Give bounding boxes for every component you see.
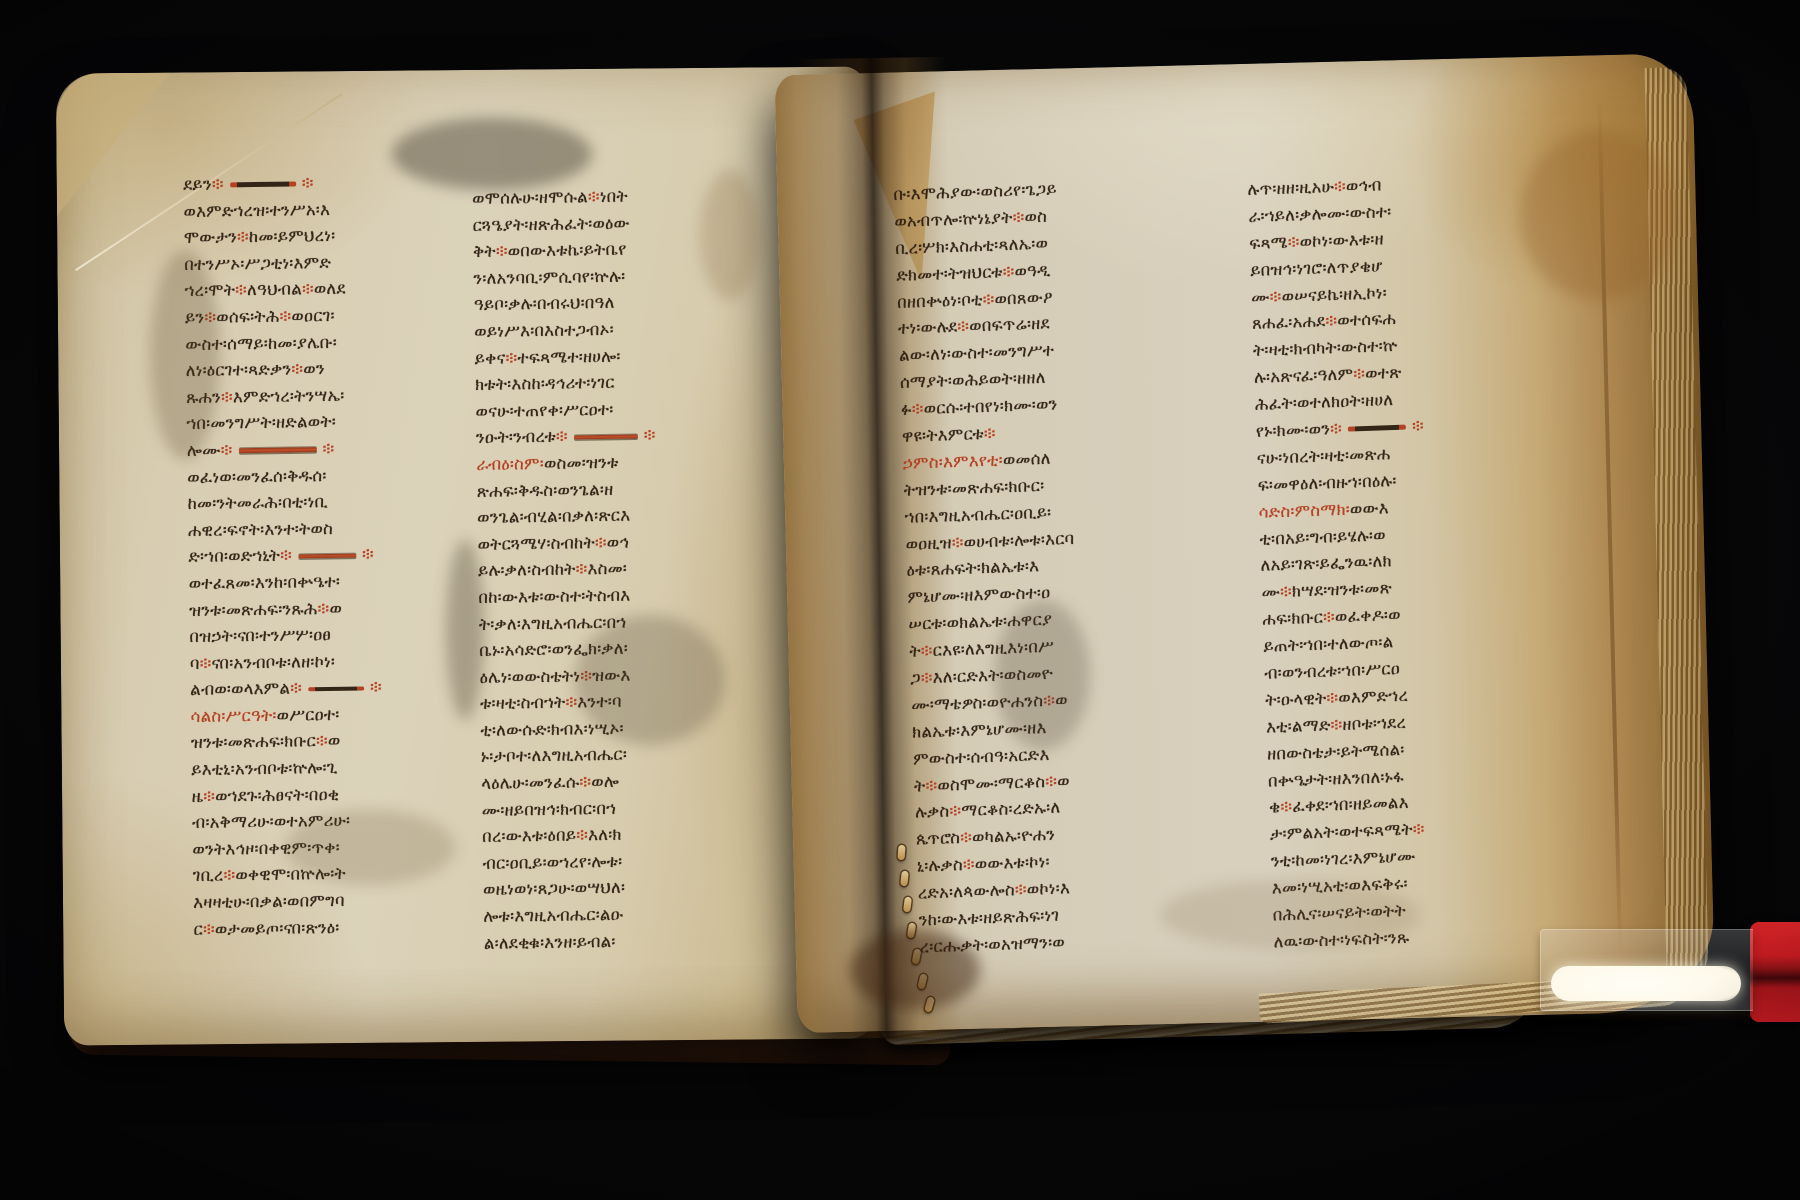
manuscript-text-line: ኀረ፡ሞት፨ለዓህብል፨ወለደ bbox=[184, 274, 476, 305]
manuscript-text-line: ኀበ፡መንግሥት፡ዘድልወት፡ bbox=[186, 407, 478, 438]
text-column-right-2: ሉጥ፡ዘዘ፡ዚአሁ፨ወኅብራ፡ኀይለ፡ቃሎሙ፡ውስተ፡ፍጻሜ፨ወኮነ፡ውእቱ፡ዘ… bbox=[1247, 167, 1570, 957]
manuscript-photo: ደይን፨፨ወእምድኀረዝ፡ተንሥአ፡እሞውታን፨ከመ፡ይምህረነ፡በተንሥኦ፡ሥ… bbox=[0, 0, 1800, 1200]
manuscript-text-line: ወተፈጸመ፡እንከ፡በቍዔተ፡ bbox=[189, 567, 481, 598]
manuscript-text-line: ሎሙ፨፨ bbox=[187, 434, 479, 465]
manuscript-text-line: ር፨ወታመይጦ፡ናበ፡ጽንዕ፡ bbox=[193, 912, 485, 943]
page-holder-red-handle bbox=[1750, 922, 1800, 1022]
manuscript-text-line: ድ፡ኀበ፡ወድኀኒት፨፨ bbox=[188, 540, 480, 571]
manuscript-text-line: ዜ፨ወኀደጉ፡ሕፀናት፡በዐቂ bbox=[192, 780, 484, 811]
manuscript-text-line: ከመ፡ንትመራሕ፡በቲ፡ነቢ bbox=[187, 487, 479, 518]
manuscript-text-line: ገቢረ፨ወቀዊሞ፡በኵሎ፡ት bbox=[193, 859, 485, 890]
text-column-right-1: ቡ፡እሞሕያው፡ወስሪየ፡ጌጋይወአብጥሎ፡ኵነኔያት፨ወስቢረ፡ሦክ፡እስሐቲ… bbox=[893, 171, 1238, 961]
binding-stitch bbox=[897, 845, 905, 860]
manuscript-text-line: ሐዊረ፡ፍኖት፡እንተ፡ትወስ bbox=[188, 514, 480, 545]
section-divider-bar bbox=[239, 447, 317, 453]
manuscript-text-line: ወእምድኀረዝ፡ተንሥአ፡እ bbox=[183, 195, 475, 226]
text-column-left-1: ደይን፨፨ወእምድኀረዝ፡ተንሥአ፡እሞውታን፨ከመ፡ይምህረነ፡በተንሥኦ፡ሥ… bbox=[183, 168, 486, 943]
manuscript-text-line: ይን፨ወሰፍ፡ትሕ፨ወዐርገ፡ bbox=[185, 301, 477, 332]
page-stack-right-edge bbox=[1645, 67, 1710, 994]
text-column-left-2: ወሞሰሉሁ፡ዘሞሱል፨ነበትርጓዔያት፡ዘጽሕፈት፡ወዕውቅት፨ወበውእቱኬ፡ይ… bbox=[472, 181, 784, 957]
manuscript-text-line: በዝኃት፡ናበ፡ተንሥሦ፡ዐፀ bbox=[189, 620, 481, 651]
section-divider-bar bbox=[230, 182, 296, 187]
manuscript-text-line: ሞውታን፨ከመ፡ይምህረነ፡ bbox=[184, 221, 476, 252]
manuscript-text-line: ውስተ፡ሰማይ፡ከመ፡ያሌቡ፡ bbox=[185, 327, 477, 358]
section-divider-bar bbox=[1348, 425, 1406, 432]
manuscript-text-line: ዝንቱ፡መጽሐፍ፡ንጹሕ፨ወ bbox=[189, 593, 481, 624]
manuscript-text-line: ወንትእኅዞ፡በቀዊም፡ጥቀ፡ bbox=[192, 833, 484, 864]
manuscript-text-line: ዝንቱ፡መጽሐፍ፡ክቡር፨ወ bbox=[191, 726, 483, 757]
page-holder-plastic-strip bbox=[1540, 929, 1753, 1011]
manuscript-text-line: ልብወ፡ወላእምል፨፨ bbox=[190, 673, 482, 704]
manuscript-text-line: ጹሐን፨እምድኀረ፡ትንሣኤ፡ bbox=[186, 381, 478, 412]
manuscript-text-line: ብ፡አቅማሪሁ፡ወተአምሪሁ፡ bbox=[192, 806, 484, 837]
manuscript-text-line: ይእቲኒ፡አንብቦቱ፡ኵሎ፡ጊ bbox=[191, 753, 483, 784]
manuscript-text-line: ል፡ለደቂቁ፡እንዘ፡ይብል፡ bbox=[484, 926, 784, 957]
section-divider-bar bbox=[308, 686, 364, 691]
section-divider-bar bbox=[298, 553, 356, 558]
margin-mark bbox=[137, 183, 179, 188]
manuscript-text-line: ባ፨ናበ፡አንብቦቱ፡ለዘ፡ኮነ፡ bbox=[190, 647, 482, 678]
manuscript-text-line: ለነ፡ዕርገተ፡ጻድቃን፨ወን bbox=[186, 354, 478, 385]
manuscript-text-line: በተንሥኦ፡ሥጋቲነ፡እምድ bbox=[184, 248, 476, 279]
manuscript-text-line: እዛዛቲሁ፡በቃል፡ወበምግባ bbox=[193, 886, 485, 917]
page-edge-crease bbox=[1597, 95, 1622, 953]
manuscript-text-line: ደይን፨፨ bbox=[183, 168, 475, 199]
section-divider-bar bbox=[574, 434, 638, 440]
light-reflection bbox=[1551, 966, 1741, 1001]
margin-mark bbox=[141, 449, 183, 454]
manuscript-text-line: ወፈነወ፡መንፈሰ፡ቅዱሰ፡ bbox=[187, 460, 479, 491]
manuscript-text-line: ሳልስ፡ሥርዓት፡ወሥርዐተ፡ bbox=[190, 700, 482, 731]
